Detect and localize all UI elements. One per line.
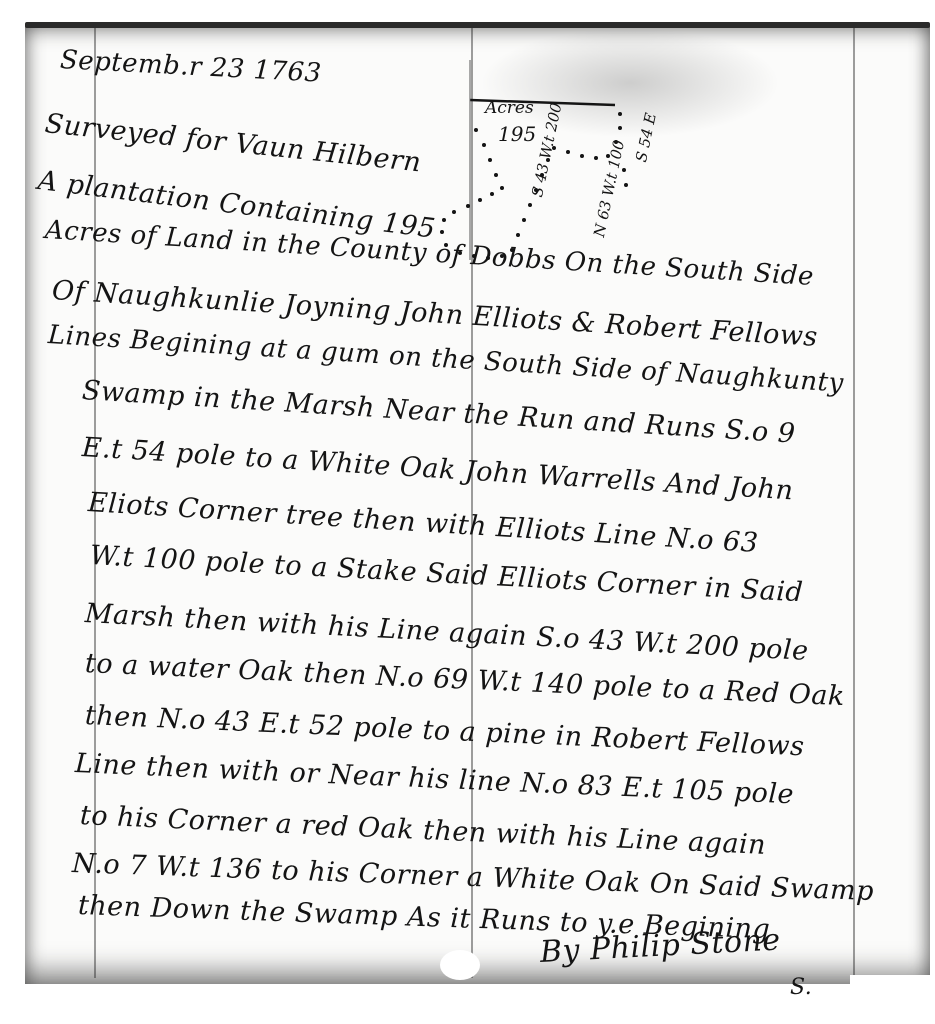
torn-hole <box>440 950 480 980</box>
torn-corner <box>850 975 935 1024</box>
signature-suffix: S. <box>790 975 812 1000</box>
page-top-edge <box>25 22 930 28</box>
plat-area-label: Acres <box>485 98 534 118</box>
survey-plat: Acres 195 S 43 W.t 200 N 63 W.t 100 S 54… <box>440 60 680 260</box>
fold-line <box>853 28 855 978</box>
plat-area-value: 195 <box>498 122 536 146</box>
